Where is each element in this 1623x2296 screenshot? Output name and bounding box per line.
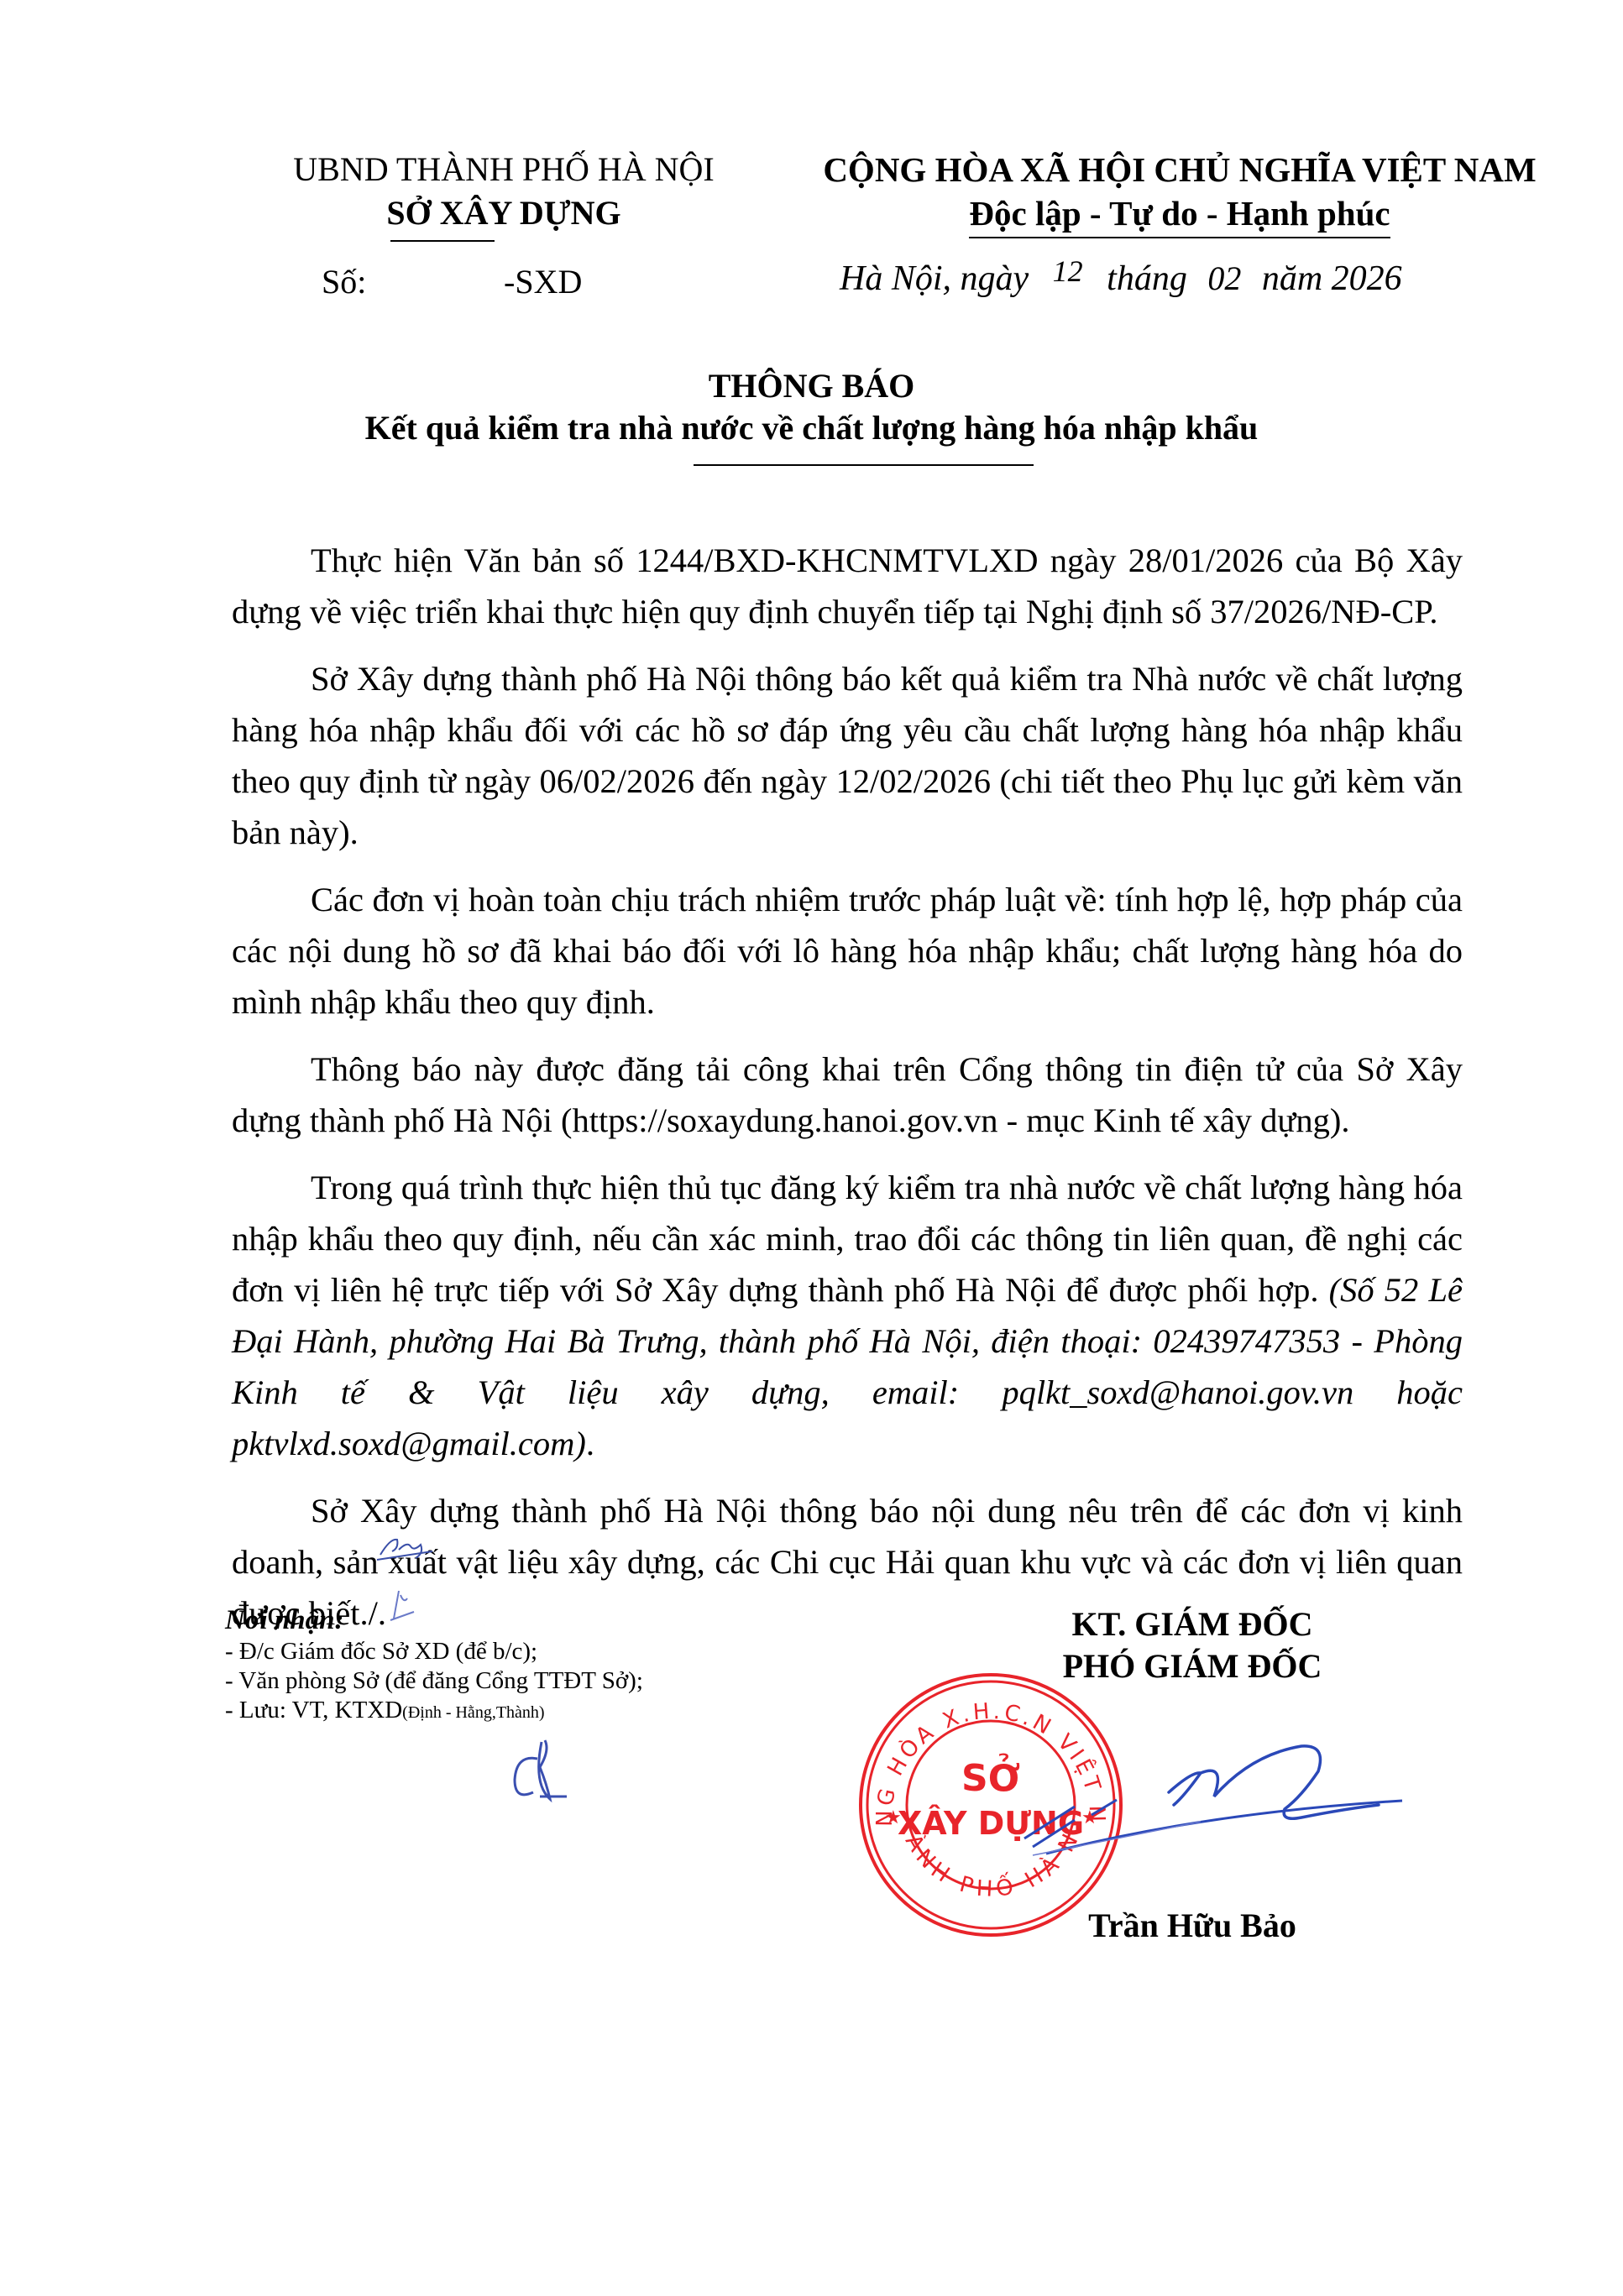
initials-signature-icon bbox=[374, 1530, 441, 1563]
paragraph-responsibility: Các đơn vị hoàn toàn chịu trách nhiệm tr… bbox=[232, 874, 1463, 1028]
recipients-heading: Nơi nhận: bbox=[225, 1603, 643, 1637]
archive-note: (Định - Hằng,Thành) bbox=[402, 1703, 544, 1722]
national-motto: Độc lập - Tự do - Hạnh phúc bbox=[969, 191, 1390, 238]
date-month-label: tháng bbox=[1107, 259, 1187, 298]
recipient-item: - Văn phòng Sở (để đăng Cổng TTĐT Sở); bbox=[225, 1666, 643, 1696]
document-number-label: Số: bbox=[322, 262, 366, 301]
recipient-archive: - Lưu: VT, KTXD bbox=[225, 1697, 402, 1723]
national-heading-block: CỘNG HÒA XÃ HỘI CHỦ NGHĨA VIỆT NAM Độc l… bbox=[802, 148, 1558, 238]
handwritten-initials-icon bbox=[500, 1734, 584, 1809]
signature-icon bbox=[949, 1713, 1385, 1864]
recipient-item: - Đ/c Giám đốc Sở XD (để b/c); bbox=[225, 1637, 643, 1666]
department-underline bbox=[390, 240, 495, 242]
contact-text: Trong quá trình thực hiện thủ tục đăng k… bbox=[232, 1169, 1463, 1309]
department-name: SỞ XÂY DỰNG bbox=[252, 191, 756, 235]
contact-end: . bbox=[586, 1425, 594, 1462]
issue-date: Hà Nội, ngày 12 tháng 02 năm 2026 bbox=[840, 259, 1528, 299]
date-month: 02 bbox=[1196, 259, 1253, 297]
document-subtitle: Kết quả kiểm tra nhà nước về chất lượng … bbox=[0, 408, 1623, 447]
date-day: 12 bbox=[1038, 254, 1098, 288]
recipient-item: - Lưu: VT, KTXD(Định - Hằng,Thành) bbox=[225, 1696, 643, 1728]
date-prefix: Hà Nội, ngày bbox=[840, 259, 1029, 298]
paragraph-reference: Thực hiện Văn bản số 1244/BXD-KHCNMTVLXD… bbox=[232, 535, 1463, 637]
authority-name: UBND THÀNH PHỐ HÀ NỘI bbox=[252, 148, 756, 191]
paragraph-publication: Thông báo này được đăng tải công khai tr… bbox=[232, 1043, 1463, 1146]
signer-name: Trần Hữu Bảo bbox=[957, 1906, 1427, 1945]
date-year: năm 2026 bbox=[1262, 259, 1402, 298]
recipients-block: Nơi nhận: - Đ/c Giám đốc Sở XD (để b/c);… bbox=[225, 1603, 643, 1728]
document-title: THÔNG BÁO bbox=[0, 366, 1623, 405]
issuing-authority-block: UBND THÀNH PHỐ HÀ NỘI SỞ XÂY DỰNG bbox=[252, 148, 756, 235]
title-divider bbox=[694, 464, 1034, 466]
paragraph-announcement: Sở Xây dựng thành phố Hà Nội thông báo k… bbox=[232, 653, 1463, 858]
document-number-suffix: -SXD bbox=[504, 262, 582, 301]
paragraph-contact: Trong quá trình thực hiện thủ tục đăng k… bbox=[232, 1162, 1463, 1469]
signer-line-1: KT. GIÁM ĐỐC bbox=[957, 1603, 1427, 1645]
document-body: Thực hiện Văn bản số 1244/BXD-KHCNMTVLXD… bbox=[232, 535, 1463, 1655]
nation-name: CỘNG HÒA XÃ HỘI CHỦ NGHĨA VIỆT NAM bbox=[802, 148, 1558, 191]
